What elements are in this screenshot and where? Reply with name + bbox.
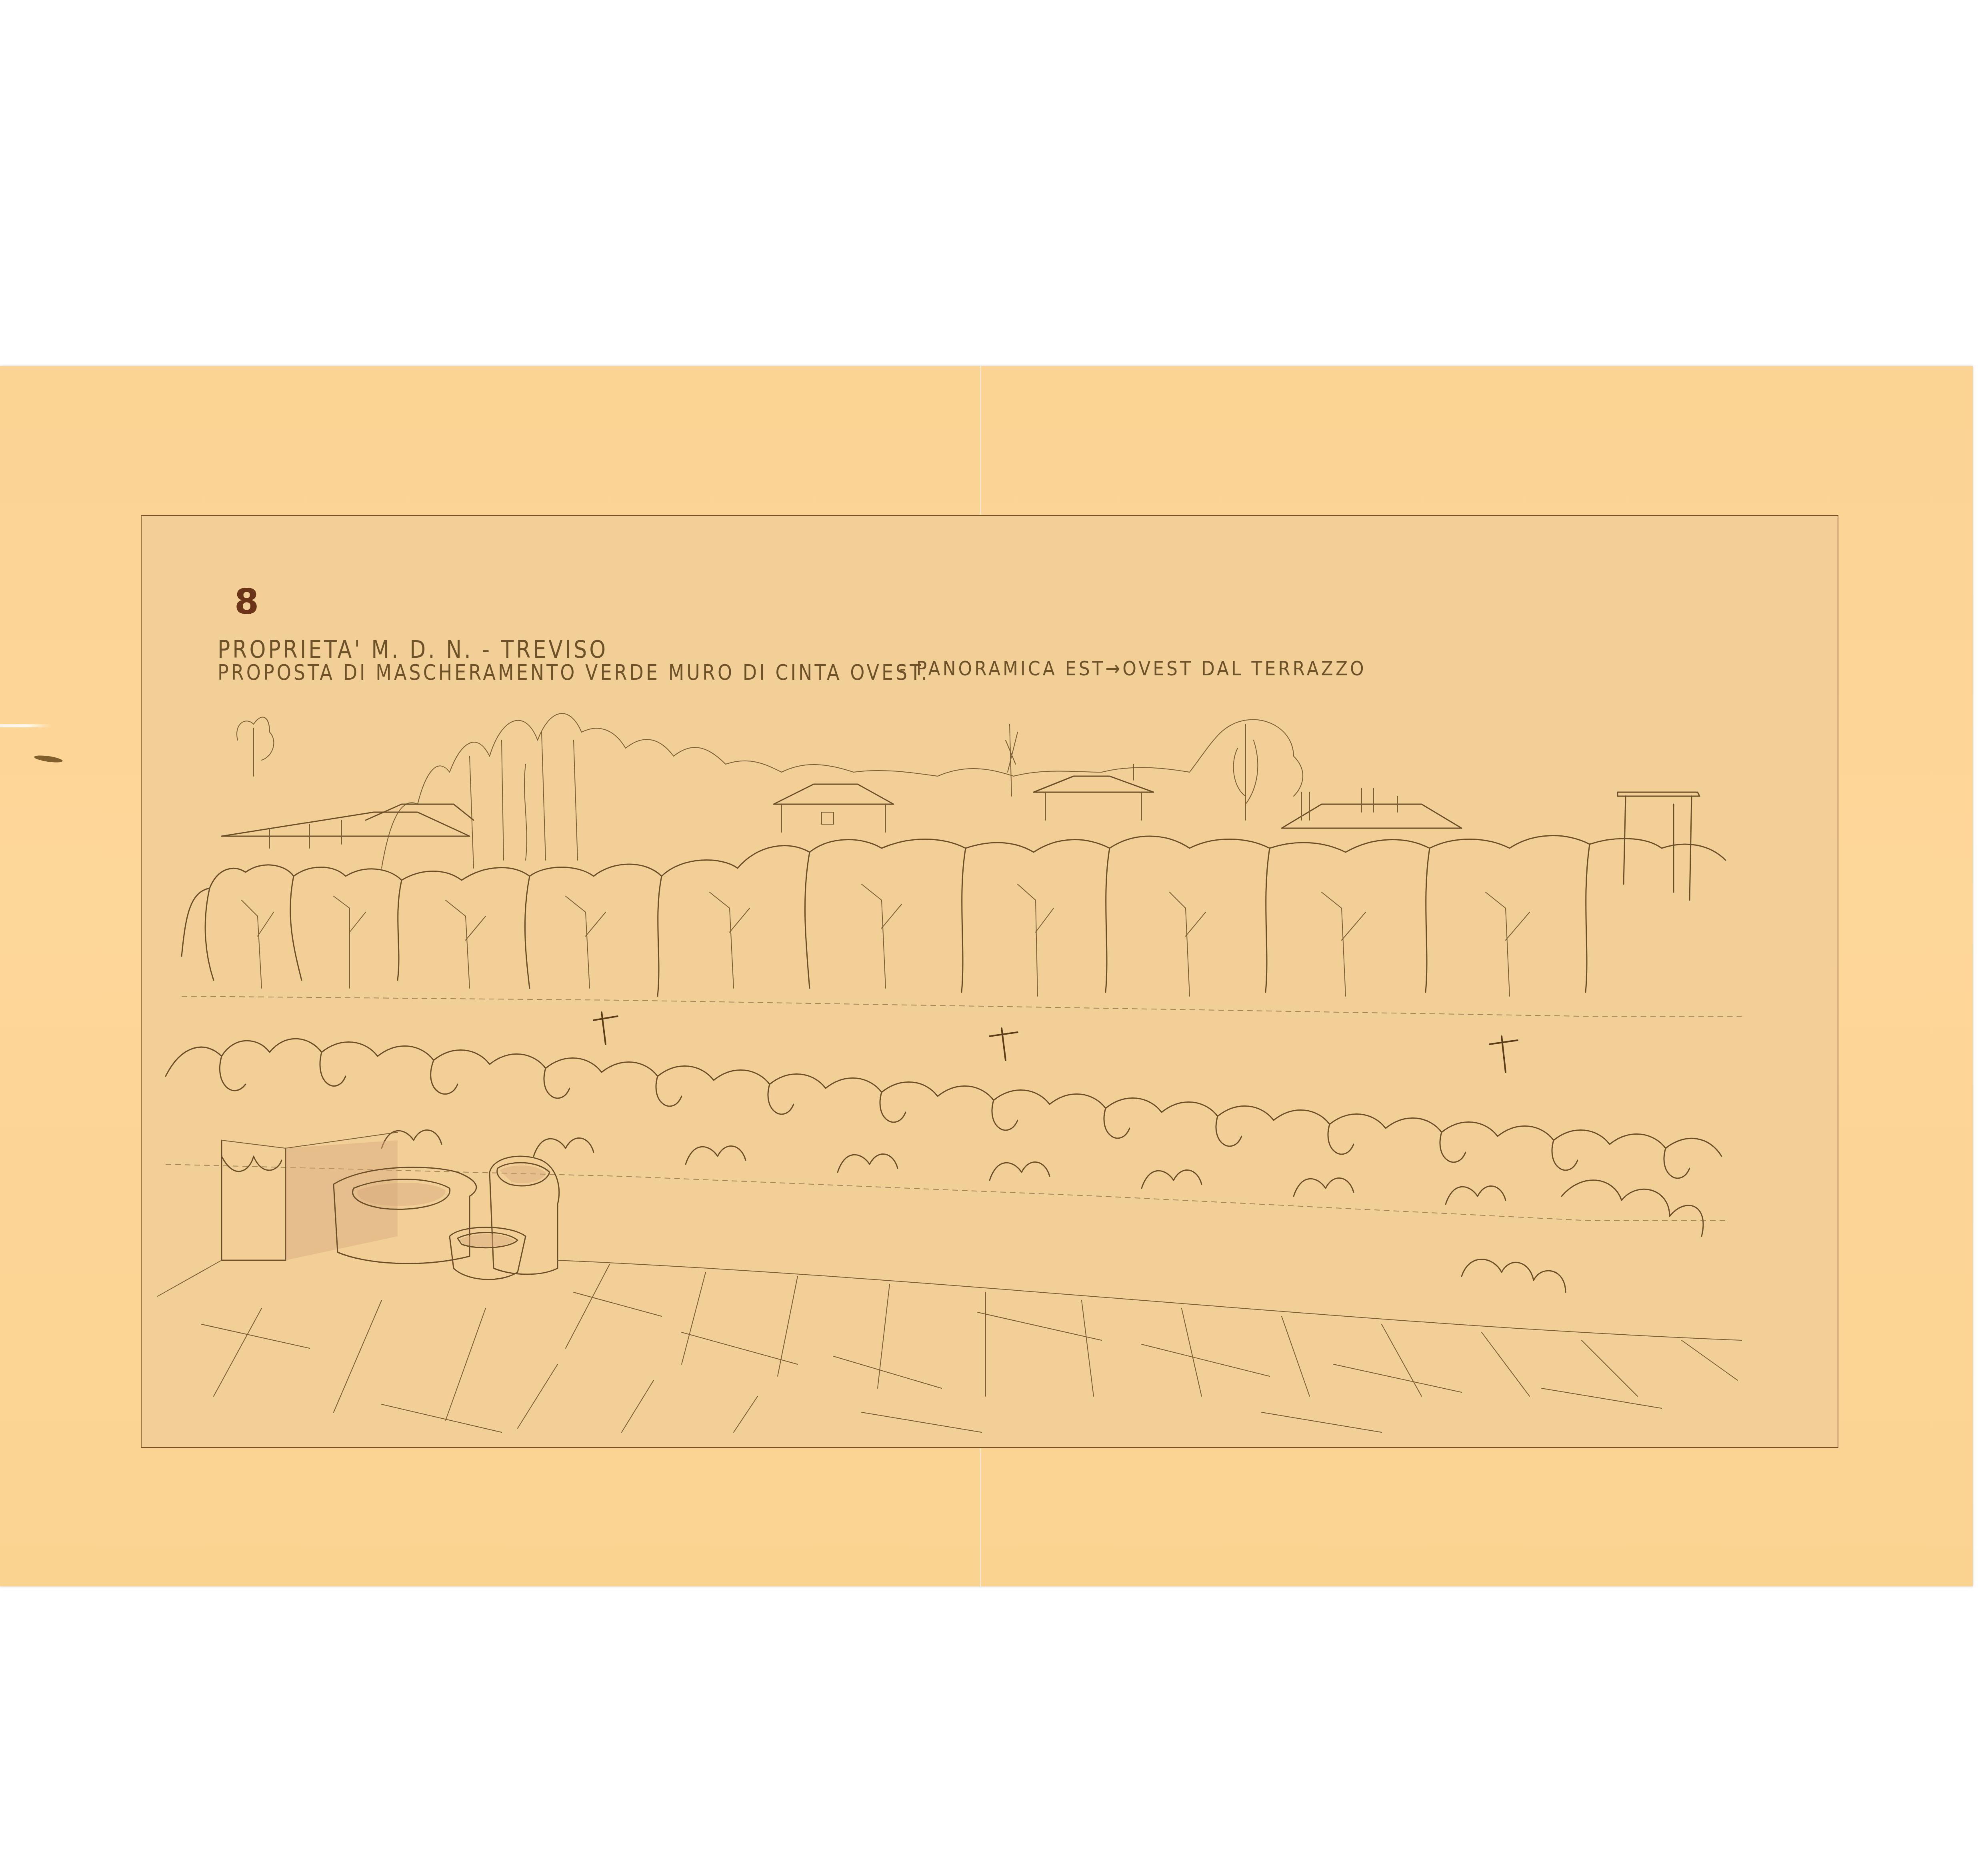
background-tree-line bbox=[237, 713, 1303, 868]
drawing-frame: 8 PROPRIETA' M. D. N. - TREVISO PROPOSTA… bbox=[141, 515, 1838, 1448]
flowering-shrub-border bbox=[166, 1012, 1726, 1292]
villa-rooftops bbox=[222, 764, 1462, 848]
garden-sketch bbox=[142, 516, 1838, 1447]
terrace-paving-grid bbox=[158, 1260, 1742, 1432]
ink-smudge bbox=[34, 754, 63, 764]
paper-sheet: 8 PROPRIETA' M. D. N. - TREVISO PROPOSTA… bbox=[0, 366, 1973, 1586]
hedge-of-trees bbox=[182, 836, 1742, 1016]
edge-tear bbox=[0, 724, 52, 727]
